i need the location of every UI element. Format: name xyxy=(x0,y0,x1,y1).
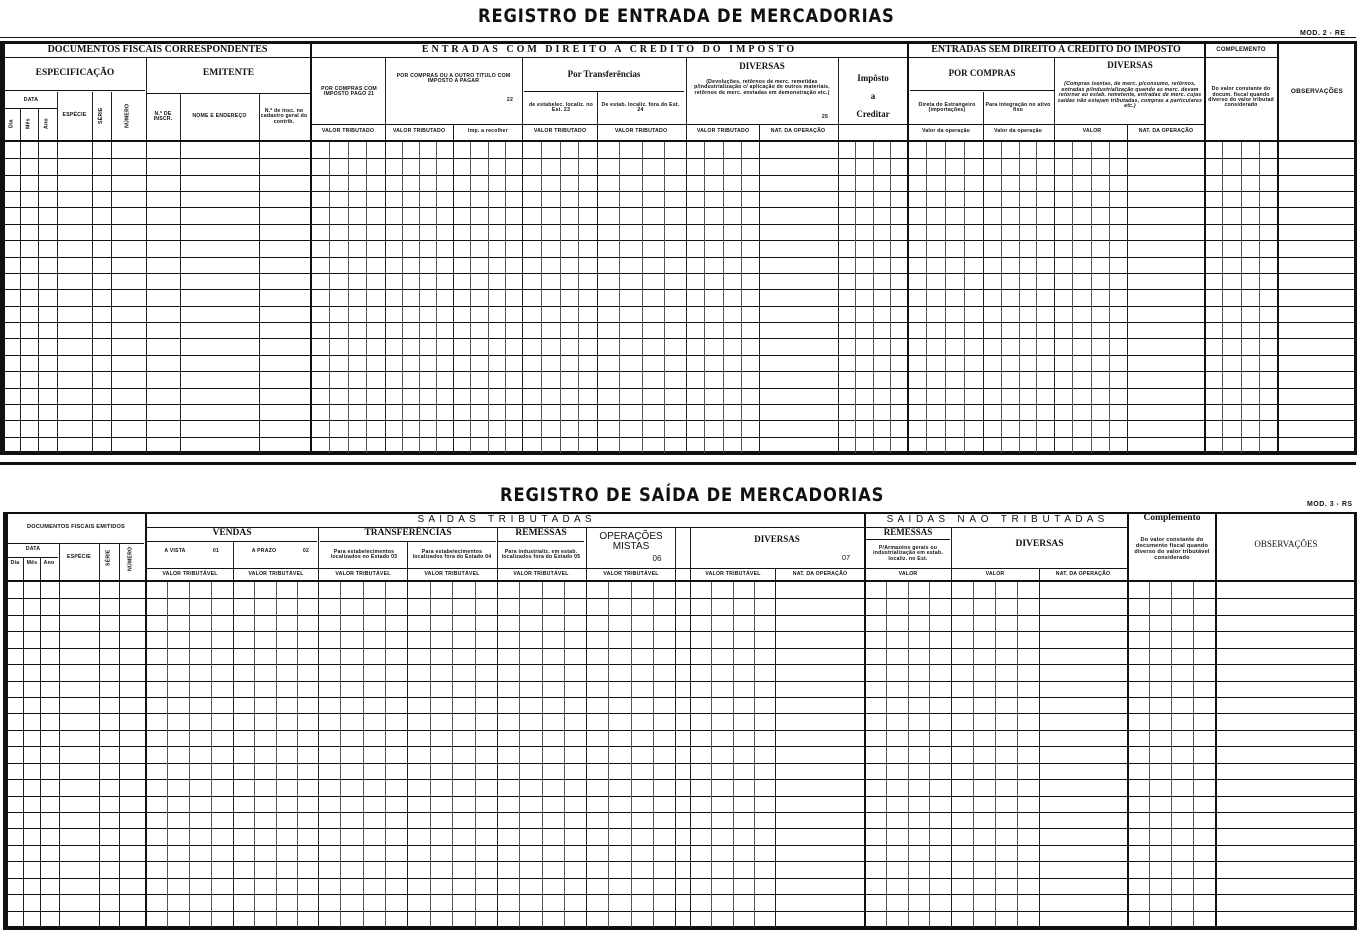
grid-col-line xyxy=(890,142,891,453)
grid-col-line xyxy=(519,582,520,927)
grid-col-line xyxy=(886,582,887,927)
grid-col-line xyxy=(254,582,255,927)
col-valor-tributado-25: VALOR TRIBUTADO xyxy=(688,126,758,138)
rule xyxy=(147,541,317,542)
grid-col-line xyxy=(419,142,420,453)
rule xyxy=(498,541,584,542)
label-diversas-sem-desc: (Compras isentas, de merc. p/consumo, re… xyxy=(1056,71,1204,121)
saida-title: REGISTRO DE SAÍDA DE MERCADORIAS xyxy=(500,484,884,506)
grid-row-line xyxy=(5,240,1355,241)
label-numero: NÚMERO xyxy=(120,545,142,572)
grid-col-line xyxy=(1109,142,1110,453)
subgroup-transferencias: Por Transferências xyxy=(524,64,684,86)
grid-row-line xyxy=(5,437,1355,438)
subgroup-remessas: REMESSAS xyxy=(498,528,584,540)
grid-col-line xyxy=(1171,582,1172,927)
grid-col-line xyxy=(542,582,543,927)
grid-col-line xyxy=(276,582,277,927)
label-remessas-nt-desc: P/Armazéns gerais ou industrialização em… xyxy=(866,541,950,567)
grid-col-line xyxy=(363,582,364,927)
grid-col-line xyxy=(297,582,298,927)
label-transf-estado: Para estabelecimentos localizados no Est… xyxy=(322,543,406,567)
grid-col-line xyxy=(995,582,996,927)
label-transf-fora-estado: Para estabelecimentos localizados fora d… xyxy=(408,543,496,567)
col-valor-tributavel-06: VALOR TRIBUTÁVEL xyxy=(588,569,674,580)
grid-row-line xyxy=(5,191,1355,192)
grid-col-line xyxy=(619,142,620,453)
subgroup-vendas: VENDAS xyxy=(147,528,317,540)
grid-col-line xyxy=(1036,142,1037,453)
col-nat-operacao: NAT. DA OPERAÇÃO xyxy=(776,569,864,580)
grid-col-line xyxy=(1091,142,1092,453)
rule xyxy=(5,90,145,91)
label-complemento-desc: Do valor constante do docum. fiscal quan… xyxy=(1207,70,1275,126)
grid-col-line xyxy=(430,582,431,927)
group-com-direito-credito: ENTRADAS COM DIREITO A CREDITO DO IMPOST… xyxy=(312,43,907,57)
label-transf-estado: de estabelec. localiz. no Est. 23 xyxy=(526,95,596,121)
grid-col-line xyxy=(964,142,965,453)
grid-col-line xyxy=(704,142,705,453)
label-a: a xyxy=(840,90,906,104)
group-complemento: COMPLEMENTO xyxy=(1206,43,1276,57)
grid-col-line xyxy=(560,142,561,453)
grid-col-line xyxy=(608,582,609,927)
grid-col-line xyxy=(402,142,403,453)
label-data: DATA xyxy=(8,545,58,555)
grid-col-line xyxy=(1001,142,1002,453)
grid-col-line xyxy=(929,582,930,927)
col-valor-tributado-22: VALOR TRIBUTADO xyxy=(386,126,452,138)
subgroup-diversas-sem-credito: DIVERSAS xyxy=(1056,60,1204,71)
grid-col-line xyxy=(505,142,506,453)
grid-col-line xyxy=(329,142,330,453)
grid-col-line xyxy=(578,142,579,453)
col-imp-recolher: Imp. a recolher xyxy=(455,126,521,138)
column-observacoes: OBSERVAÇÕES xyxy=(1278,62,1356,122)
grid-col-line xyxy=(754,582,755,927)
grid-row-line xyxy=(5,388,1355,389)
col-nat-operacao-nt: NAT. DA OPERAÇÃO xyxy=(1040,569,1126,580)
grid-col-line xyxy=(348,142,349,453)
grid-col-line xyxy=(945,142,946,453)
section-separator xyxy=(0,462,1356,465)
label-diversas-desc: (Devoluções, retôrnos de merc. remetidas… xyxy=(688,73,836,103)
col-nat-operacao-sem: NAT. DA OPERAÇÃO xyxy=(1128,126,1204,138)
code-07: 07 xyxy=(836,553,856,563)
label-dia: Dia xyxy=(5,111,19,137)
label-ativo-fixo: Para integração no ativo fixo xyxy=(984,94,1052,122)
grid-col-line xyxy=(564,582,565,927)
grid-row-line xyxy=(5,371,1355,372)
label-data: DATA xyxy=(5,95,57,107)
grid-col-line xyxy=(741,142,742,453)
group-documentos-fiscais: DOCUMENTOS FISCAIS CORRESPONDENTES xyxy=(5,43,310,57)
rule xyxy=(8,543,144,544)
code-25: 25 xyxy=(815,114,835,122)
label-especie: ESPÉCIE xyxy=(58,95,91,137)
grid-col-line xyxy=(541,142,542,453)
label-creditar: Creditar xyxy=(840,108,906,122)
rule xyxy=(147,93,310,94)
grid-col-line xyxy=(653,582,654,927)
code-01: 01 xyxy=(206,545,226,559)
grid-col-line xyxy=(642,142,643,453)
subgroup-diversas-nt: DIVERSAS xyxy=(952,530,1127,560)
label-ano: Ano xyxy=(39,111,55,137)
group-saidas-tributadas: S A Í D A S T R I B U T A D A S xyxy=(147,514,863,526)
grid-row-line xyxy=(5,355,1355,356)
grid-col-line xyxy=(189,582,190,927)
col-valor-tributavel-03: VALOR TRIBUTÁVEL xyxy=(320,569,406,580)
subgroup-diversas: DIVERSAS xyxy=(688,61,836,73)
saida-data-grid[interactable] xyxy=(8,582,1355,927)
subgroup-transferencias: TRANSFERÊNCIAS xyxy=(320,528,496,540)
grid-col-line xyxy=(733,582,734,927)
label-direto-estrangeiro: Direta do Estrangeiro (importações) xyxy=(912,94,982,122)
rule xyxy=(908,124,1204,125)
label-dia: Dia xyxy=(8,559,22,569)
col-valor-remessas: VALOR xyxy=(866,569,950,580)
entrada-title: REGISTRO DE ENTRADA DE MERCADORIAS xyxy=(478,5,895,27)
col-nat-operacao: NAT. DA OPERAÇÃO xyxy=(760,126,836,138)
grid-col-line xyxy=(1193,582,1194,927)
grid-col-line xyxy=(973,582,974,927)
grid-col-line xyxy=(873,142,874,453)
col-valor: VALOR xyxy=(1056,126,1128,138)
grid-col-line xyxy=(1017,582,1018,927)
label-imposto: Impôsto xyxy=(840,72,906,86)
saida-model-code: MOD. 3 - RS xyxy=(1307,501,1353,508)
grid-col-line xyxy=(488,142,489,453)
grid-col-line xyxy=(1072,142,1073,453)
col-valor-operacao-2: Valor da operação xyxy=(984,126,1052,138)
column-observacoes: OBSERVAÇÕES xyxy=(1217,520,1355,570)
col-valor-tributavel-01: VALOR TRIBUTÁVEL xyxy=(148,569,232,580)
grid-row-line xyxy=(5,420,1355,421)
entrada-top-rule xyxy=(0,37,1356,38)
grid-col-line xyxy=(366,142,367,453)
label-mes: Mês xyxy=(24,559,40,569)
subgroup-por-compras: POR COMPRAS xyxy=(910,62,1054,86)
grid-col-line xyxy=(340,582,341,927)
grid-row-line xyxy=(5,322,1355,323)
grid-row-line xyxy=(5,224,1355,225)
grid-col-line xyxy=(1241,142,1242,453)
subgroup-operacoes-mistas: OPERAÇÕES MISTAS xyxy=(588,529,674,555)
grid-col-line xyxy=(475,582,476,927)
entrada-model-code: MOD. 2 - RE xyxy=(1300,30,1346,37)
code-22: 22 xyxy=(500,96,520,106)
subgroup-diversas: DIVERSAS xyxy=(692,530,862,550)
header-rule-1 xyxy=(5,57,1278,58)
grid-col-line xyxy=(926,142,927,453)
rule xyxy=(8,557,58,558)
group-saidas-nao-tributadas: S A Í D A S N Ã O T R I B U T A D A S xyxy=(865,514,1127,526)
grid-col-line xyxy=(908,582,909,927)
grid-col-line xyxy=(631,582,632,927)
subgroup-especificacao: ESPECIFICAÇÃO xyxy=(5,60,145,88)
label-especie: ESPÉCIE xyxy=(60,545,98,570)
grid-col-line xyxy=(211,582,212,927)
grid-col-line xyxy=(855,142,856,453)
grid-col-line xyxy=(167,582,168,927)
rule xyxy=(310,124,908,125)
label-a-prazo: A PRAZO xyxy=(236,545,292,559)
label-n-insc-cadastro: N.º de insc. no cadastro geral do contri… xyxy=(260,96,308,138)
grid-row-line xyxy=(5,257,1355,258)
rule xyxy=(5,108,57,109)
label-n-inscricao: N.º DE INSCR. xyxy=(147,96,179,138)
grid-col-line xyxy=(385,582,386,927)
label-serie: SÉRIE xyxy=(93,95,110,137)
grid-col-line xyxy=(1149,582,1150,927)
col-valor-tributavel-05: VALOR TRIBUTÁVEL xyxy=(498,569,584,580)
subgroup-emitente: EMITENTE xyxy=(147,60,310,88)
rule xyxy=(910,90,1054,91)
label-nome-endereco: NOME E ENDEREÇO xyxy=(181,96,258,138)
grid-row-line xyxy=(5,273,1355,274)
label-serie: SÉRIE xyxy=(100,545,118,570)
grid-col-line xyxy=(470,142,471,453)
col-valor-tributavel-02: VALOR TRIBUTÁVEL xyxy=(234,569,318,580)
grid-row-line xyxy=(5,338,1355,339)
label-compras-imposto-pago: POR COMPRAS COM IMPOSTO PAGO 21 xyxy=(314,66,384,118)
col-valor-diversas: VALOR xyxy=(952,569,1038,580)
label-a-vista: A VISTA xyxy=(150,545,200,559)
subgroup-remessas-nt: REMESSAS xyxy=(866,527,950,538)
grid-row-line xyxy=(5,306,1355,307)
group-sem-direito-credito: ENTRADAS SEM DIREITO A CREDITO DO IMPOST… xyxy=(908,43,1204,57)
col-valor-tributado-21: VALOR TRIBUTADO xyxy=(312,126,384,138)
grid-col-line xyxy=(1259,142,1260,453)
label-complemento-desc: Do valor constante do documento fiscal q… xyxy=(1130,528,1214,572)
grid-col-line xyxy=(452,582,453,927)
col-valor-tributavel-04: VALOR TRIBUTÁVEL xyxy=(408,569,496,580)
label-compras-imposto-pagar: POR COMPRAS OU A OUTRO TITULO COM IMPOST… xyxy=(386,70,521,88)
col-valor-tributavel-07: VALOR TRIBUTÁVEL xyxy=(692,569,774,580)
rule xyxy=(866,539,950,540)
col-valor-operacao-1: Valor da operação xyxy=(910,126,982,138)
grid-col-line xyxy=(1222,142,1223,453)
label-remessas-desc: Para industrializ. em estab. localizados… xyxy=(500,543,582,567)
label-ano: Ano xyxy=(41,559,57,569)
label-numero: NÚMERO xyxy=(112,95,144,137)
col-valor-tributado-24: VALOR TRIBUTADO xyxy=(598,126,684,138)
grid-row-line xyxy=(5,207,1355,208)
col-valor-tributado-23: VALOR TRIBUTADO xyxy=(524,126,596,138)
rule xyxy=(524,91,684,92)
entrada-data-grid[interactable] xyxy=(5,142,1355,453)
rule xyxy=(320,541,496,542)
grid-col-line xyxy=(711,582,712,927)
group-complemento: Complemento xyxy=(1129,513,1215,525)
code-06: 06 xyxy=(645,554,669,564)
group-documentos-emitidos: DOCUMENTOS FISCAIS EMITIDOS xyxy=(8,514,144,542)
code-02: 02 xyxy=(296,545,316,559)
grid-col-line xyxy=(723,142,724,453)
grid-col-line xyxy=(664,142,665,453)
grid-row-line xyxy=(5,175,1355,176)
grid-col-line xyxy=(1019,142,1020,453)
label-mes: Mês xyxy=(21,111,37,137)
grid-row-line xyxy=(5,404,1355,405)
grid-row-line xyxy=(5,158,1355,159)
grid-row-line xyxy=(5,289,1355,290)
label-transf-fora-estado: De estab. localiz. fora do Est. 24 xyxy=(598,95,683,121)
grid-col-line xyxy=(436,142,437,453)
